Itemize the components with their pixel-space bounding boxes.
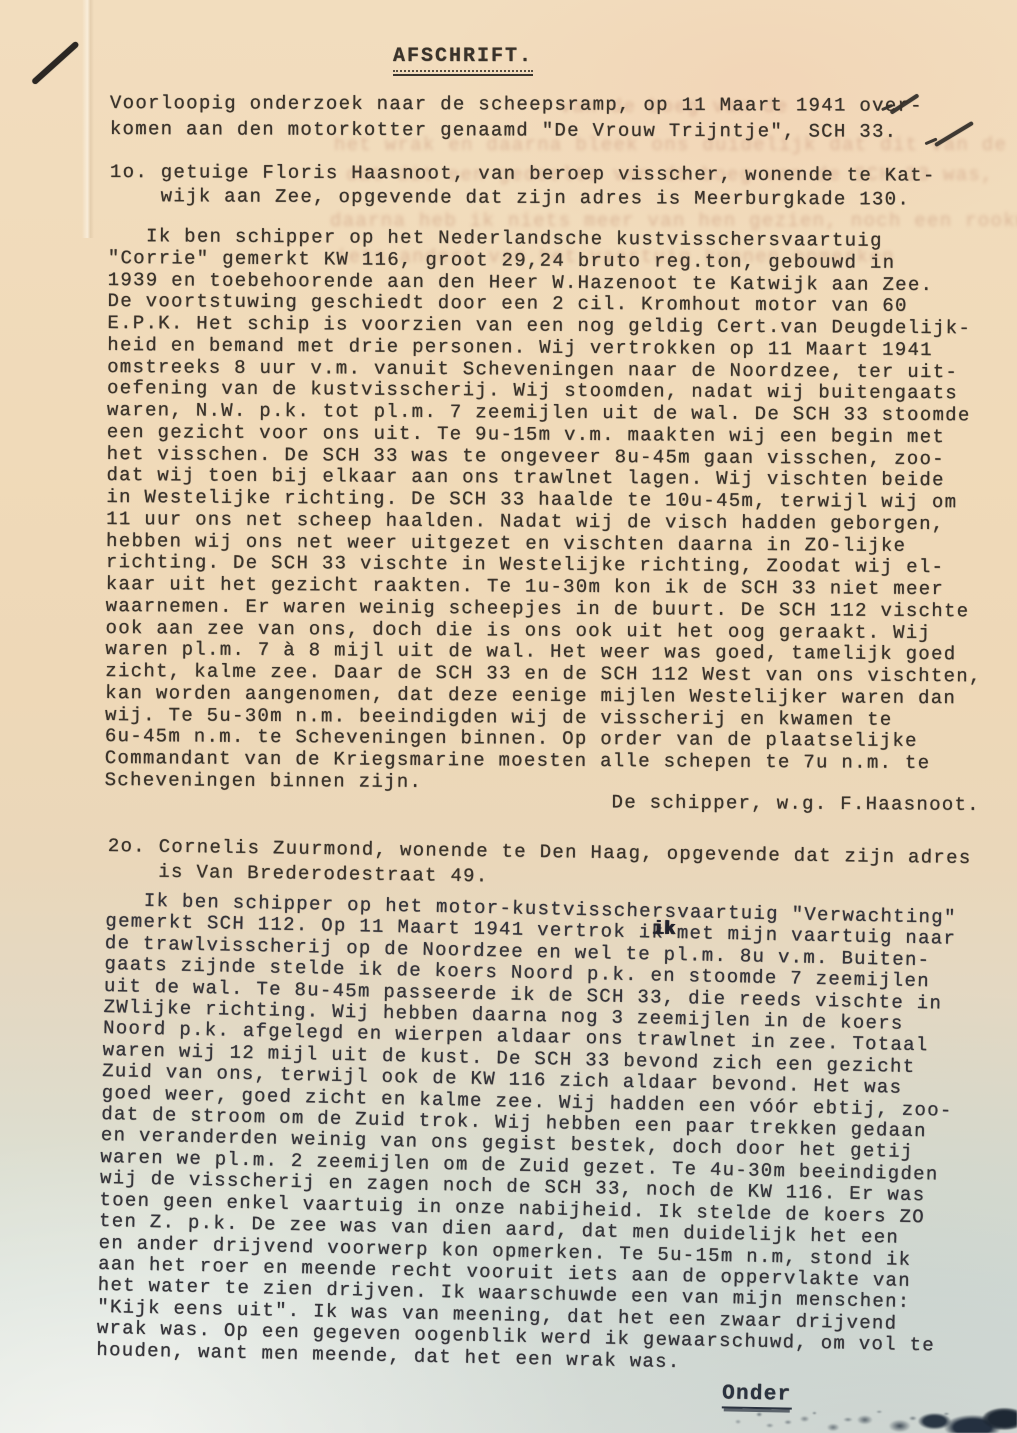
witness2-statement: Ik ben schipper op het motor-kustvissche… — [96, 890, 990, 1379]
overstruck-word: ik — [652, 919, 692, 942]
witness2-heading: 2o. Cornelis Zuurmond, wonende te Den Ha… — [107, 834, 992, 896]
handwritten-slash-mark — [31, 41, 80, 86]
scanned-document-page: van de boeg van de het wrak en daarna bl… — [0, 0, 1017, 1433]
witness1-heading: 1o. getuige Floris Haasnoot, van beroep … — [110, 160, 990, 212]
ink-stain — [700, 1386, 1017, 1433]
document-title: AFSCHRIFT. — [393, 46, 533, 76]
paper-crease — [82, 0, 94, 238]
case-summary: Voorloopig onderzoek naar de scheepsramp… — [110, 90, 990, 145]
witness1-statement: Ik ben schipper op het Nederlandsche kus… — [105, 226, 992, 797]
witness1-signature: De schipper, w.g. F.Haasnoot. — [560, 792, 980, 817]
